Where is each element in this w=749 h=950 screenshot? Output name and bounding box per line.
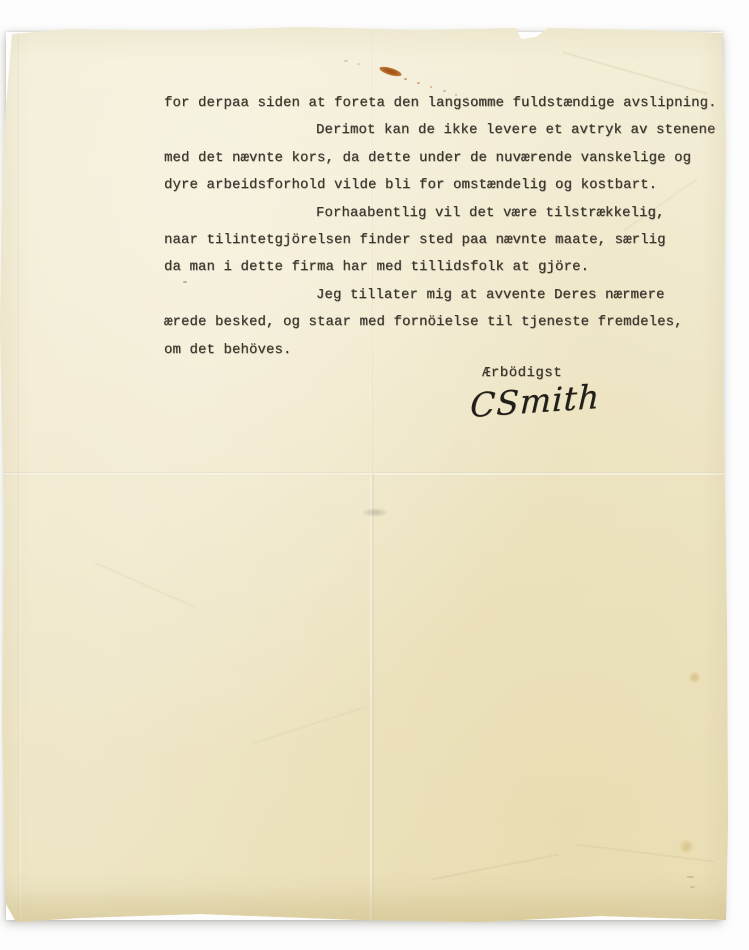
letter-line: for derpaa siden at foreta den langsomme… <box>164 90 726 117</box>
rust-speck <box>357 63 360 65</box>
letter-line: Jeg tillater mig at avvente Deres nærmer… <box>164 282 726 309</box>
signature: CSmith <box>470 374 641 425</box>
letter-closing: Ærbödigst <box>482 365 562 381</box>
pencil-smudge <box>362 508 388 517</box>
paper-wrinkle <box>94 562 195 608</box>
horizontal-fold-crease <box>0 472 729 476</box>
letter-line: ærede besked, og staar med fornöielse ti… <box>164 309 726 336</box>
letter-body: for derpaa siden at foreta den langsomme… <box>164 90 726 364</box>
letter-line: Forhaabentlig vil det være tilstrækkelig… <box>164 200 726 227</box>
paper-wrinkle <box>563 51 708 94</box>
letter-paper-sheet: for derpaa siden at foreta den langsomme… <box>0 24 729 925</box>
letter-line: dyre arbeidsforhold vilde bli for omstæn… <box>164 172 726 199</box>
letter-line: da man i dette firma har med tillidsfolk… <box>164 254 726 281</box>
paper-wrinkle <box>253 705 368 744</box>
yellow-stain <box>678 840 695 853</box>
letter-line: om det behöves. <box>164 337 726 364</box>
left-edge-fold-crease <box>18 24 22 925</box>
yellow-mark <box>690 886 695 888</box>
rust-speck <box>404 78 407 80</box>
yellow-mark <box>687 876 694 878</box>
rust-speck <box>417 82 420 84</box>
letter-line: naar tilintetgjörelsen finder sted paa n… <box>164 227 726 254</box>
paper-wrinkle <box>431 854 559 880</box>
rust-stain <box>378 65 402 78</box>
vertical-fold-crease-lower <box>370 474 374 925</box>
letter-line: med det nævnte kors, da dette under de n… <box>164 145 726 172</box>
rust-speck <box>344 60 348 62</box>
letter-line: Derimot kan de ikke levere et avtryk av … <box>164 117 726 144</box>
scanned-letter-page: for derpaa siden at foreta den langsomme… <box>0 0 749 950</box>
rust-speck <box>430 86 432 88</box>
yellow-stain <box>688 672 701 683</box>
